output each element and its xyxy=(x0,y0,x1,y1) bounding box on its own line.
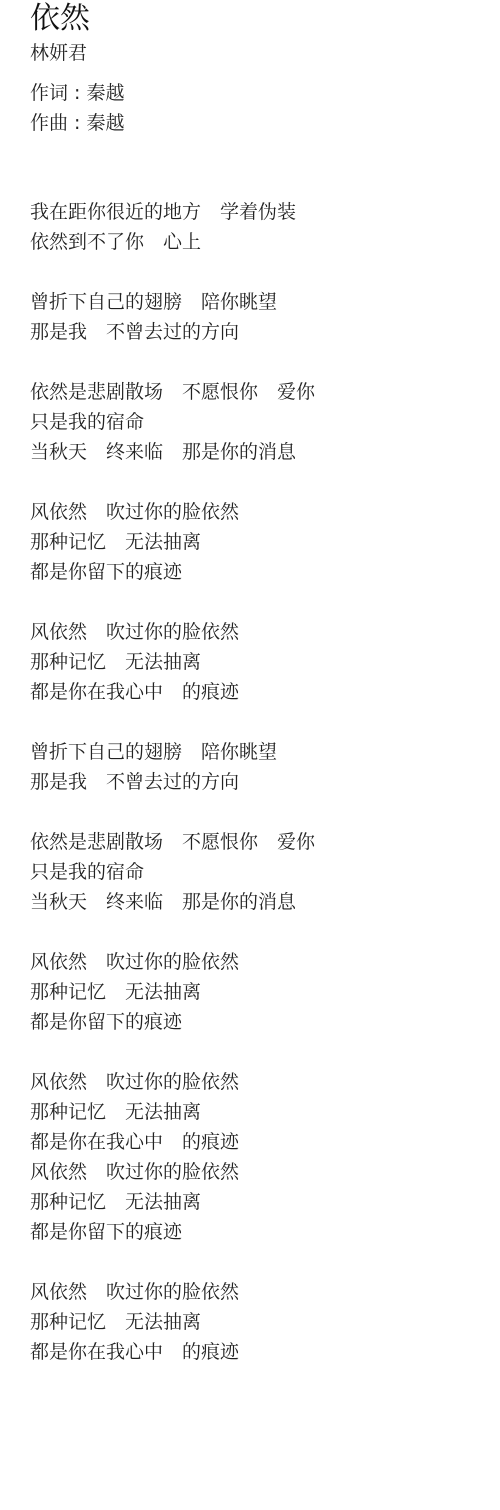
lyric-line: 那种记忆 无法抽离 xyxy=(30,1187,315,1217)
lyric-stanza: 曾折下自己的翅膀 陪你眺望那是我 不曾去过的方向 xyxy=(30,737,315,797)
lyric-line: 都是你留下的痕迹 xyxy=(30,1217,315,1247)
credit-label: 作曲 xyxy=(30,112,68,134)
lyric-line: 只是我的宿命 xyxy=(30,857,315,887)
lyrics-body: 我在距你很近的地方 学着伪装依然到不了你 心上曾折下自己的翅膀 陪你眺望那是我 … xyxy=(30,197,315,1367)
stanza-gap xyxy=(30,1037,315,1067)
stanza-gap xyxy=(30,587,315,617)
lyric-line: 依然是悲剧散场 不愿恨你 爱你 xyxy=(30,377,315,407)
artist-name: 林妍君 xyxy=(30,38,490,68)
lyric-line: 都是你在我心中 的痕迹 xyxy=(30,1127,315,1157)
credit-separator: : xyxy=(68,82,86,104)
lyric-line: 当秋天 终来临 那是你的消息 xyxy=(30,437,315,467)
lyric-line: 当秋天 终来临 那是你的消息 xyxy=(30,887,315,917)
lyric-stanza: 曾折下自己的翅膀 陪你眺望那是我 不曾去过的方向 xyxy=(30,287,315,347)
lyric-line: 都是你在我心中 的痕迹 xyxy=(30,677,315,707)
lyric-line: 风依然 吹过你的脸依然 xyxy=(30,1067,315,1097)
lyric-stanza: 我在距你很近的地方 学着伪装依然到不了你 心上 xyxy=(30,197,315,257)
lyric-stanza: 风依然 吹过你的脸依然那种记忆 无法抽离都是你在我心中 的痕迹 xyxy=(30,1277,315,1367)
lyrics-page: 依然 林妍君 作词 : 秦越 作曲 : 秦越 我在距你很近的地方 学着伪装依然到… xyxy=(30,0,490,138)
lyric-stanza: 风依然 吹过你的脸依然那种记忆 无法抽离都是你在我心中 的痕迹 xyxy=(30,617,315,707)
lyric-line: 那种记忆 无法抽离 xyxy=(30,1307,315,1337)
lyric-line: 那种记忆 无法抽离 xyxy=(30,527,315,557)
credit-value: 秦越 xyxy=(87,112,125,134)
stanza-gap xyxy=(30,467,315,497)
stanza-gap xyxy=(30,257,315,287)
credits: 作词 : 秦越 作曲 : 秦越 xyxy=(30,78,490,138)
lyric-line: 只是我的宿命 xyxy=(30,407,315,437)
lyric-line: 那种记忆 无法抽离 xyxy=(30,1097,315,1127)
lyric-line: 风依然 吹过你的脸依然 xyxy=(30,1157,315,1187)
lyric-stanza: 风依然 吹过你的脸依然那种记忆 无法抽离都是你在我心中 的痕迹风依然 吹过你的脸… xyxy=(30,1067,315,1247)
stanza-gap xyxy=(30,917,315,947)
credit-label: 作词 xyxy=(30,82,68,104)
composer-credit: 作曲 : 秦越 xyxy=(30,108,490,138)
lyric-stanza: 风依然 吹过你的脸依然那种记忆 无法抽离都是你留下的痕迹 xyxy=(30,497,315,587)
lyric-stanza: 风依然 吹过你的脸依然那种记忆 无法抽离都是你留下的痕迹 xyxy=(30,947,315,1037)
lyric-line: 都是你在我心中 的痕迹 xyxy=(30,1337,315,1367)
lyricist-credit: 作词 : 秦越 xyxy=(30,78,490,108)
lyric-line: 风依然 吹过你的脸依然 xyxy=(30,947,315,977)
lyric-line: 都是你留下的痕迹 xyxy=(30,557,315,587)
lyric-line: 风依然 吹过你的脸依然 xyxy=(30,1277,315,1307)
lyric-line: 风依然 吹过你的脸依然 xyxy=(30,497,315,527)
lyric-line: 我在距你很近的地方 学着伪装 xyxy=(30,197,315,227)
lyric-line: 都是你留下的痕迹 xyxy=(30,1007,315,1037)
stanza-gap xyxy=(30,797,315,827)
lyric-line: 风依然 吹过你的脸依然 xyxy=(30,617,315,647)
lyric-line: 那种记忆 无法抽离 xyxy=(30,647,315,677)
lyric-line: 曾折下自己的翅膀 陪你眺望 xyxy=(30,287,315,317)
credit-value: 秦越 xyxy=(87,82,125,104)
lyric-stanza: 依然是悲剧散场 不愿恨你 爱你只是我的宿命当秋天 终来临 那是你的消息 xyxy=(30,827,315,917)
stanza-gap xyxy=(30,1247,315,1277)
lyric-stanza: 依然是悲剧散场 不愿恨你 爱你只是我的宿命当秋天 终来临 那是你的消息 xyxy=(30,377,315,467)
stanza-gap xyxy=(30,707,315,737)
song-title: 依然 xyxy=(30,0,490,38)
stanza-gap xyxy=(30,347,315,377)
lyric-line: 依然到不了你 心上 xyxy=(30,227,315,257)
lyric-line: 依然是悲剧散场 不愿恨你 爱你 xyxy=(30,827,315,857)
lyric-line: 曾折下自己的翅膀 陪你眺望 xyxy=(30,737,315,767)
credit-separator: : xyxy=(68,112,86,134)
lyric-line: 那是我 不曾去过的方向 xyxy=(30,767,315,797)
lyric-line: 那是我 不曾去过的方向 xyxy=(30,317,315,347)
lyric-line: 那种记忆 无法抽离 xyxy=(30,977,315,1007)
